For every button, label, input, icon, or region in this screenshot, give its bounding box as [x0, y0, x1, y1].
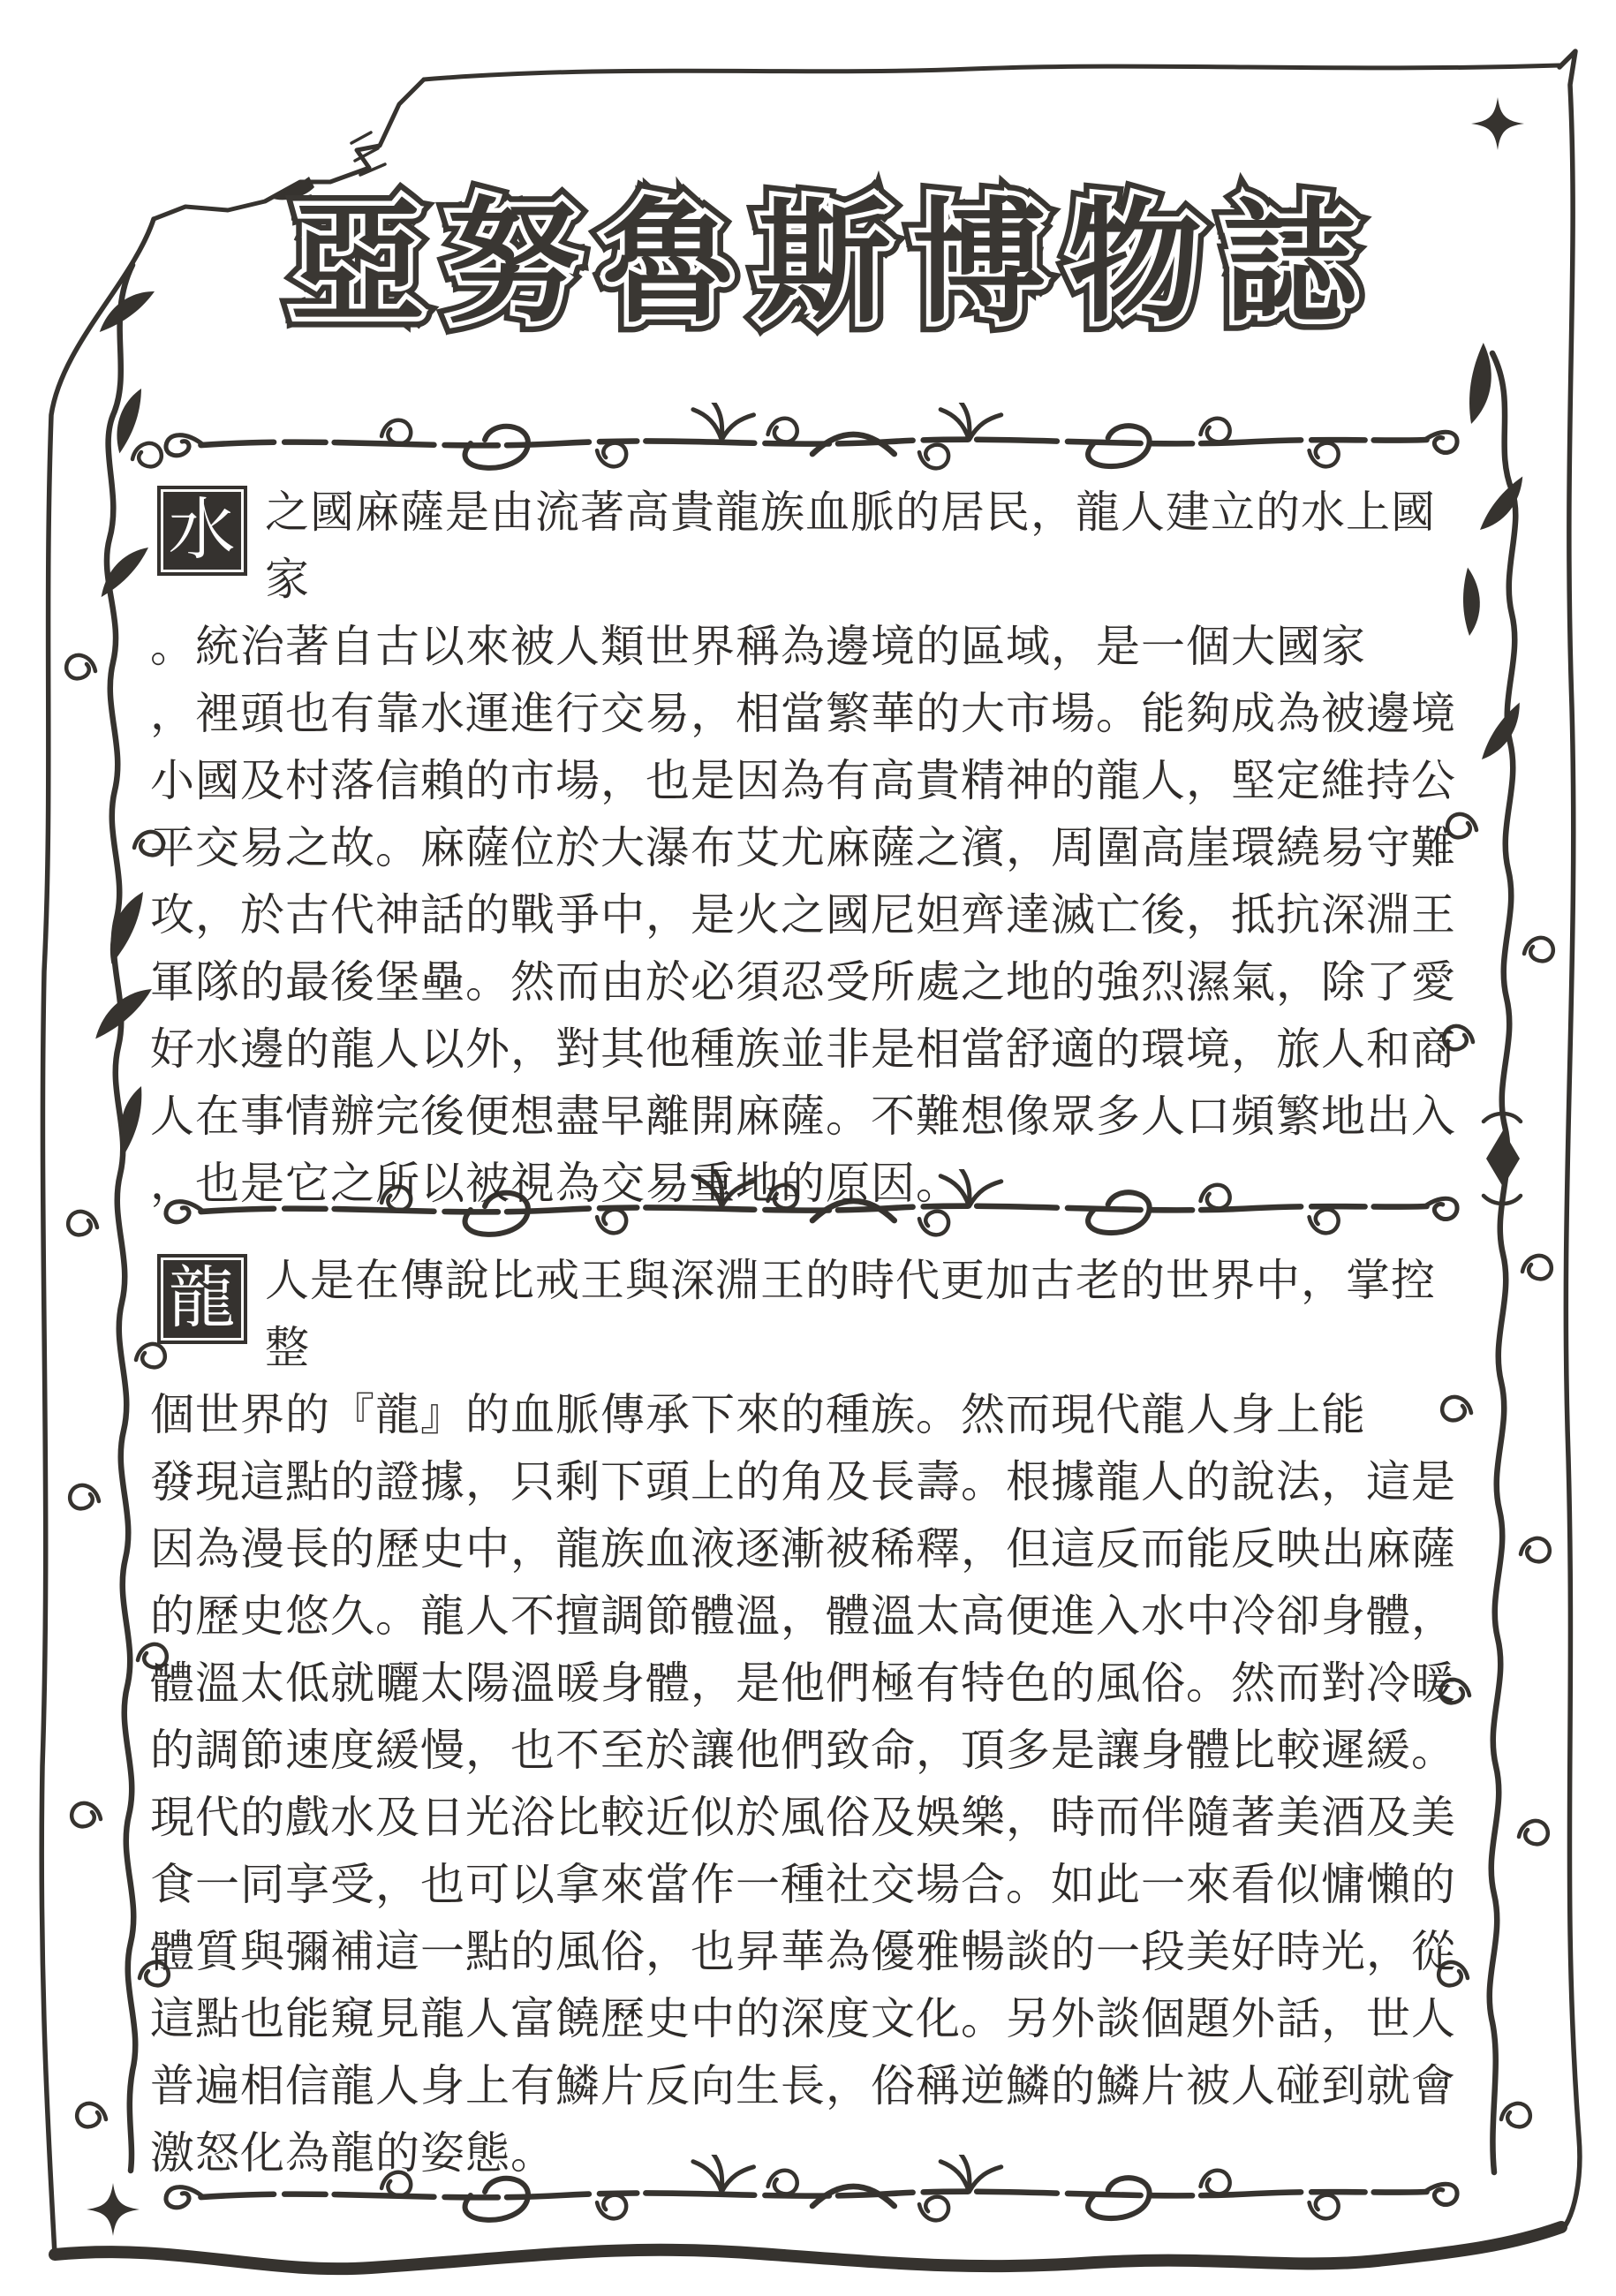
frame-left-line — [42, 219, 154, 2254]
frame-right-line — [1559, 51, 1580, 2229]
frame-bottom-line — [55, 2227, 1561, 2269]
section-water: 水 之國麻薩是由流著高貴龍族血脈的居民，龍人建立的水上國家 。統治著自古以來被人… — [150, 479, 1469, 1217]
section-dragon: 龍 人是在傳說比戒王與深淵王的時代更加古老的世界中，掌控整 個世界的『龍』的血脈… — [150, 1247, 1469, 2186]
four-point-star-top-right — [1471, 97, 1524, 150]
page-title: 亞努魯斯博物誌 亞努魯斯博物誌 — [146, 168, 1523, 362]
drop-cap-dragon: 龍 — [157, 1254, 247, 1344]
section-divider-top — [152, 403, 1469, 477]
drop-cap-water-glyph: 水 — [169, 497, 237, 564]
frame-top-line — [424, 65, 1559, 79]
book-page: 亞努魯斯博物誌 亞努魯斯博物誌 水 之國麻薩是由流著高貴龍族血脈的居民，龍人建立… — [0, 0, 1616, 2296]
section-dragon-text: 人是在傳說比戒王與深淵王的時代更加古老的世界中，掌控整 個世界的『龍』的血脈傳承… — [150, 1247, 1469, 2186]
drop-cap-dragon-glyph: 龍 — [169, 1265, 237, 1333]
page-title-text: 亞努魯斯博物誌 — [291, 188, 1378, 338]
drop-cap-water: 水 — [157, 486, 247, 576]
section-water-text: 之國麻薩是由流著高貴龍族血脈的居民，龍人建立的水上國家 。統治著自古以來被人類世… — [150, 479, 1469, 1217]
four-point-star-bottom-left — [87, 2183, 140, 2236]
